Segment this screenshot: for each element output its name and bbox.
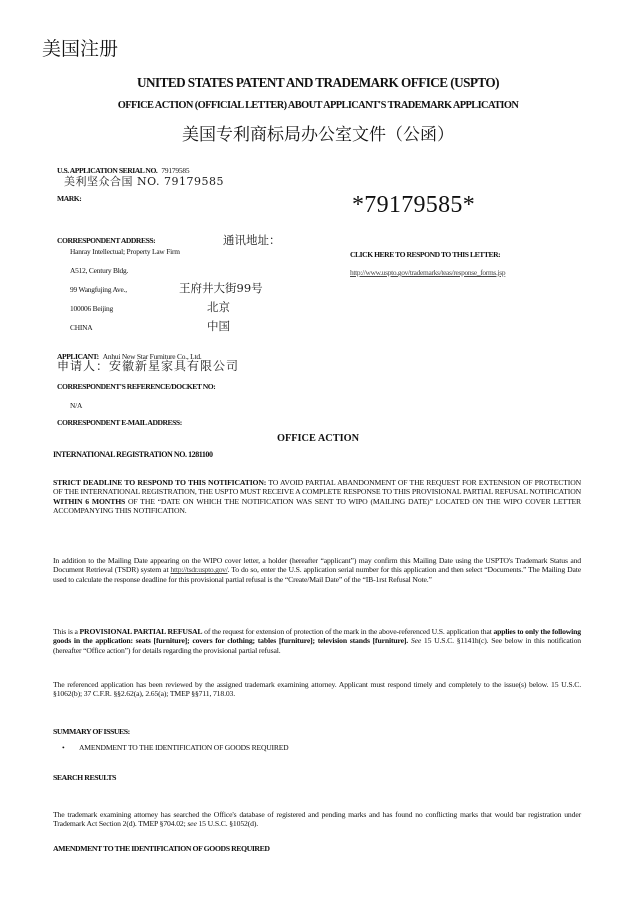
refusal-text-b: of the request for extension of protecti… bbox=[202, 627, 493, 636]
cn-page-title: 美国注册 bbox=[42, 34, 118, 61]
office-action-title: OFFICE ACTION bbox=[0, 433, 636, 444]
big-serial-number: *79179585* bbox=[352, 192, 475, 219]
email-label: CORRESPONDENT E-MAIL ADDRESS: bbox=[57, 418, 182, 427]
search-text-b: 15 U.S.C. §1052(d). bbox=[197, 819, 258, 828]
deadline-text-b: OF THE “DATE ON WHICH THE NOTIFICATION W… bbox=[53, 497, 581, 515]
amendment-label: AMENDMENT TO THE IDENTIFICATION OF GOODS… bbox=[53, 844, 270, 853]
tsdr-link[interactable]: http://tsdr.uspto.gov/ bbox=[171, 565, 228, 574]
bullet-icon: • bbox=[62, 743, 65, 752]
address-line-3: 99 Wangfujing Ave., bbox=[70, 285, 127, 294]
search-text-a: The trademark examining attorney has sea… bbox=[53, 810, 581, 828]
refusal-bold-a: PROVISIONAL PARTIAL REFUSAL bbox=[80, 627, 203, 636]
respond-link[interactable]: http://www.uspto.gov/trademarks/teas/res… bbox=[350, 268, 505, 277]
cn-address-label: 通讯地址： bbox=[223, 232, 281, 248]
deadline-paragraph: STRICT DEADLINE TO RESPOND TO THIS NOTIF… bbox=[53, 478, 581, 516]
address-line-4-cn: 北京 bbox=[207, 299, 230, 315]
letter-subtitle: OFFICE ACTION (OFFICIAL LETTER) ABOUT AP… bbox=[0, 100, 636, 111]
refusal-text-a: This is a bbox=[53, 627, 80, 636]
mark-label: MARK: bbox=[57, 194, 81, 203]
address-line-5: CHINA bbox=[70, 323, 92, 332]
reviewed-paragraph: The referenced application has been revi… bbox=[53, 680, 581, 699]
address-line-4: 100006 Beijing bbox=[70, 304, 113, 313]
search-results-label: SEARCH RESULTS bbox=[53, 773, 116, 782]
cn-serial: 美利坚众合国 NO. 79179585 bbox=[64, 173, 224, 189]
reference-value: N/A bbox=[70, 401, 82, 410]
office-title: UNITED STATES PATENT AND TRADEMARK OFFIC… bbox=[0, 75, 636, 91]
summary-item: AMENDMENT TO THE IDENTIFICATION OF GOODS… bbox=[79, 743, 288, 752]
summary-label: SUMMARY OF ISSUES: bbox=[53, 727, 130, 736]
deadline-months: WITHIN 6 MONTHS bbox=[53, 497, 125, 506]
intl-registration: INTERNATIONAL REGISTRATION NO. 1281100 bbox=[53, 450, 213, 459]
mailing-paragraph: In addition to the Mailing Date appearin… bbox=[53, 556, 581, 584]
correspondent-address-label: CORRESPONDENT ADDRESS: bbox=[57, 236, 155, 245]
deadline-lead: STRICT DEADLINE TO RESPOND TO THIS NOTIF… bbox=[53, 478, 266, 487]
respond-label: CLICK HERE TO RESPOND TO THIS LETTER: bbox=[350, 250, 500, 259]
address-line-5-cn: 中国 bbox=[207, 318, 230, 334]
reference-label: CORRESPONDENT'S REFERENCE/DOCKET NO: bbox=[57, 382, 215, 391]
cn-applicant: 申请人：安徽新星家具有限公司 bbox=[57, 357, 239, 374]
address-line-2: A512, Century Bldg. bbox=[70, 266, 128, 275]
address-line-1: Hanray Intellectual; Property Law Firm bbox=[70, 247, 180, 256]
refusal-paragraph: This is a PROVISIONAL PARTIAL REFUSAL of… bbox=[53, 627, 581, 655]
search-paragraph: The trademark examining attorney has sea… bbox=[53, 810, 581, 829]
cn-letter-subtitle: 美国专利商标局办公室文件（公函） bbox=[0, 120, 636, 145]
refusal-see: See bbox=[411, 636, 421, 645]
address-line-3-cn: 王府井大街99号 bbox=[179, 280, 263, 296]
search-see: see bbox=[187, 819, 196, 828]
